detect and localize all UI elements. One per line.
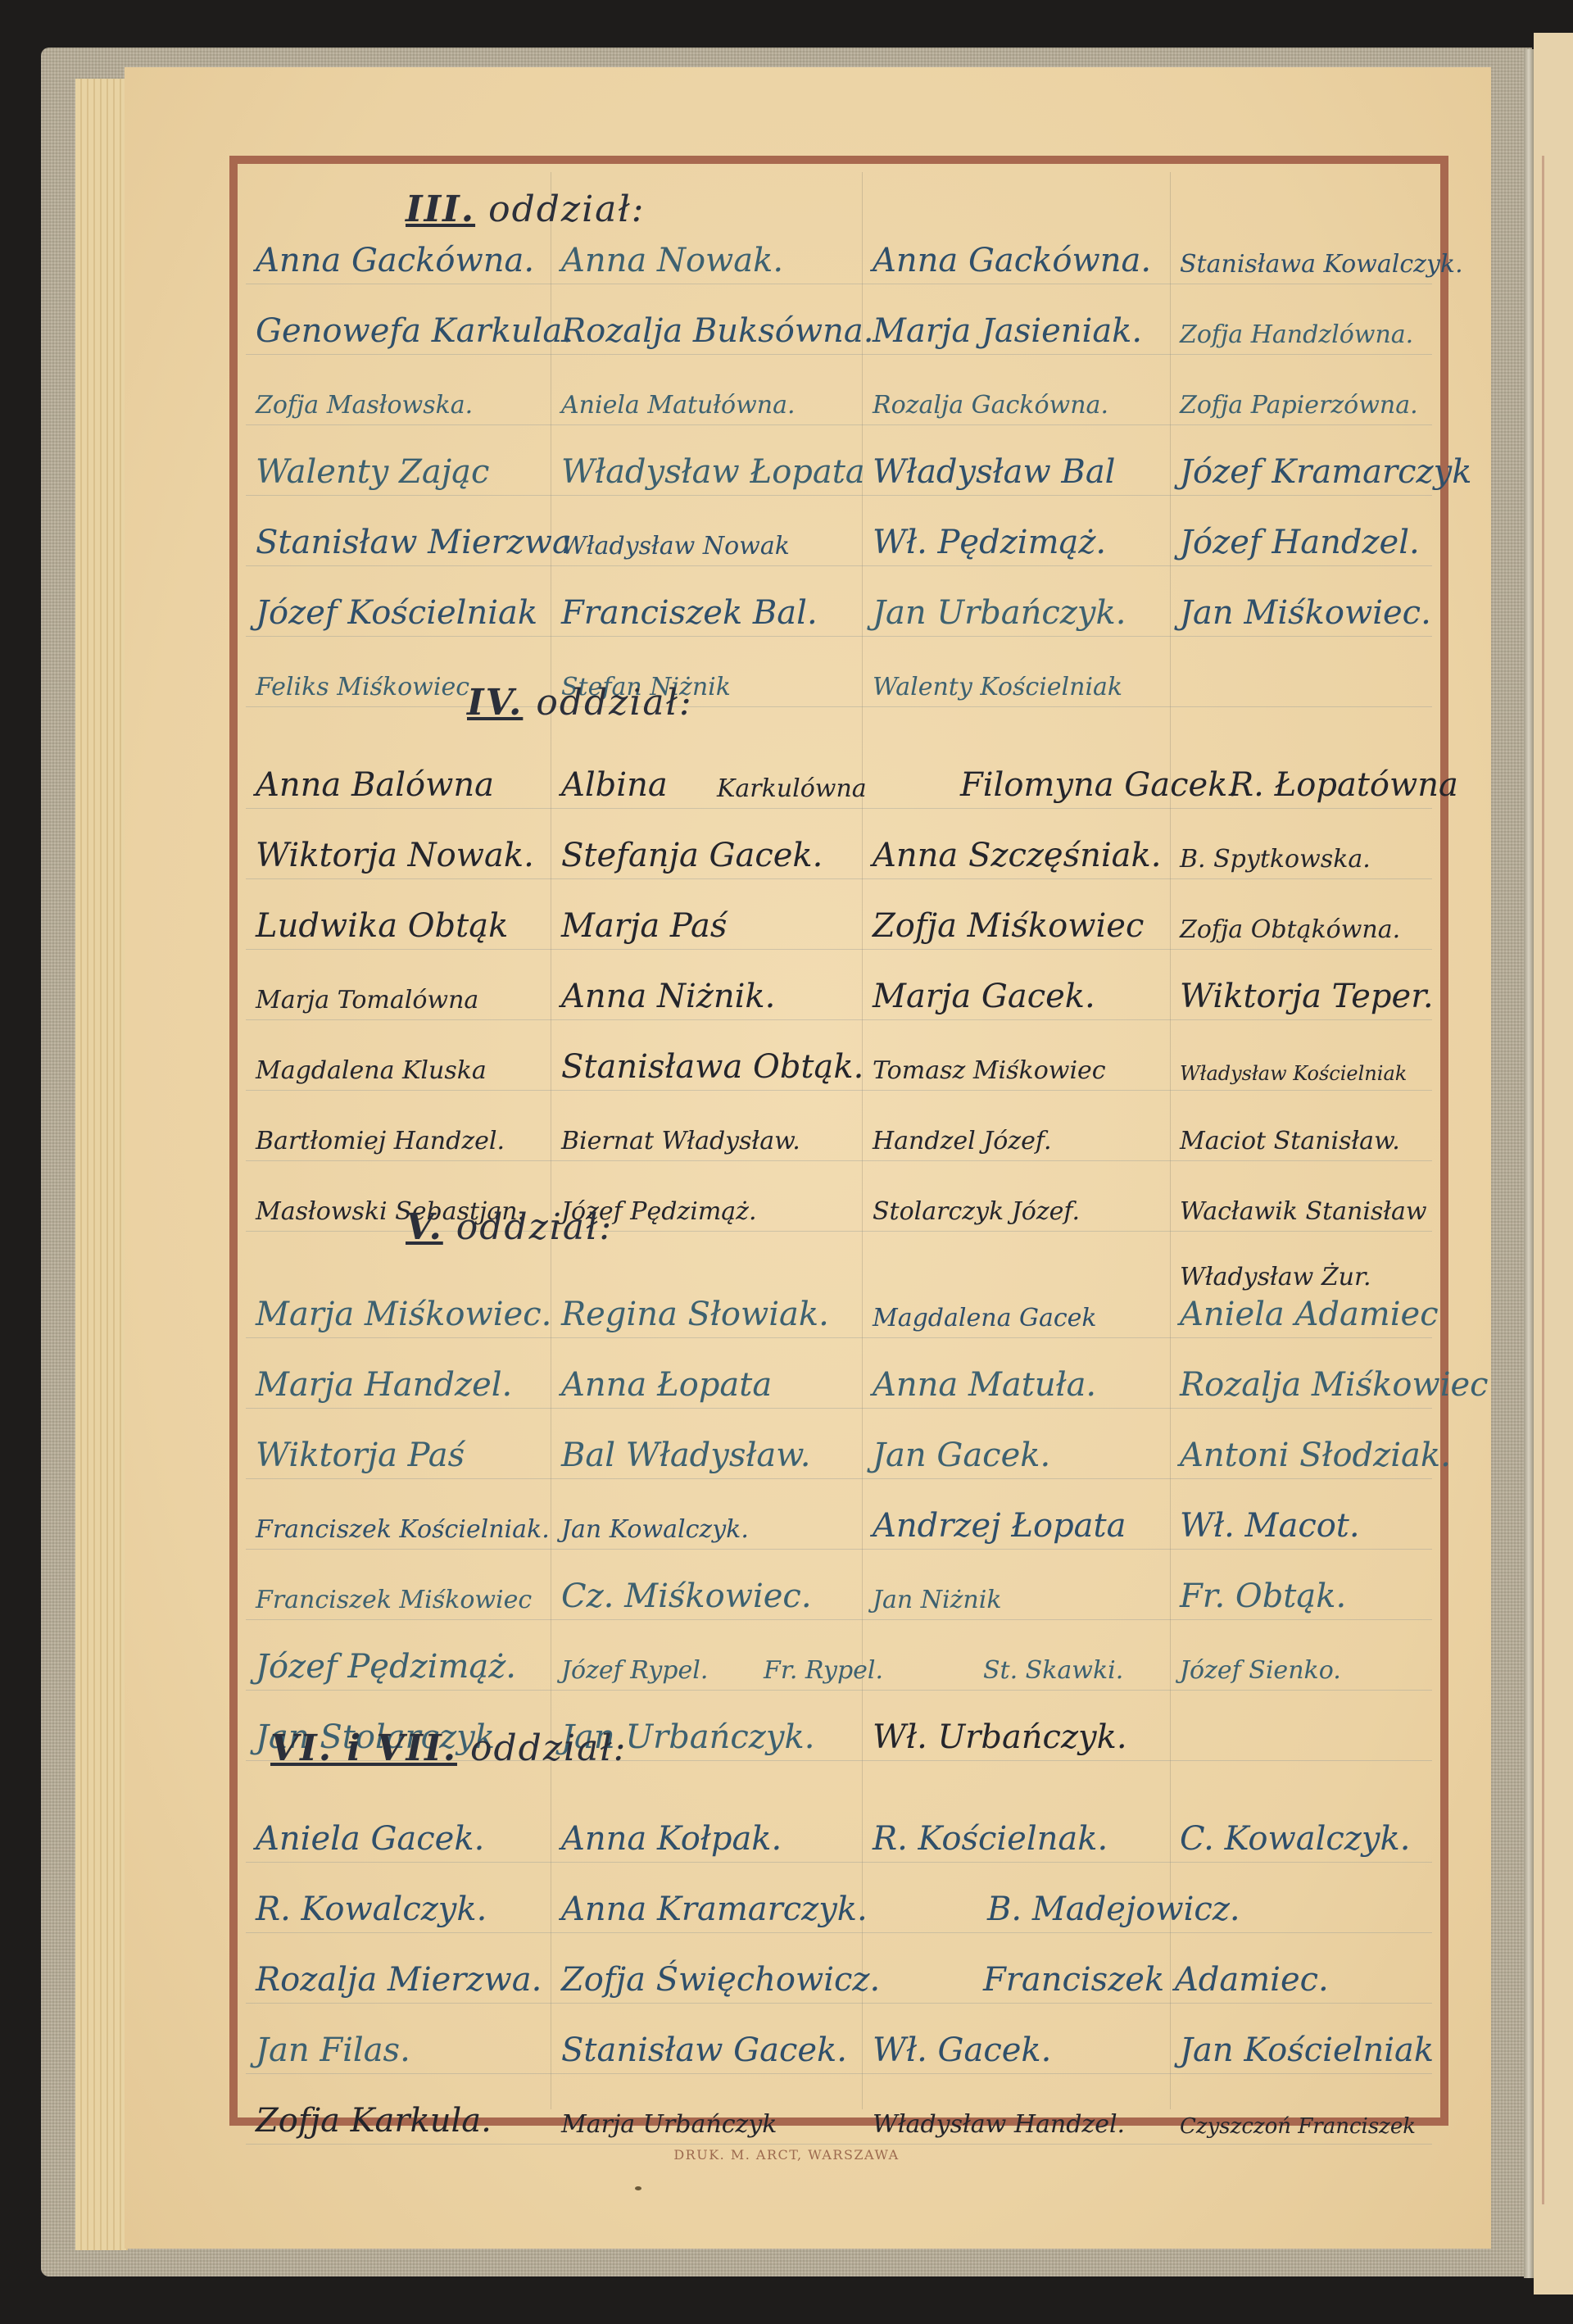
table-row: Walenty Zając Władysław Łopata Władysław… bbox=[246, 424, 1432, 496]
student-name: C. Kowalczyk. bbox=[1180, 1822, 1410, 1855]
student-name: Stefanja Gacek. bbox=[561, 839, 823, 872]
student-name: Albina bbox=[561, 769, 668, 801]
student-name: Genowefa Karkula. bbox=[256, 315, 573, 347]
student-name: Wł. Macot. bbox=[1180, 1509, 1360, 1542]
student-name: Tomasz Miśkowiec bbox=[873, 1059, 1106, 1083]
student-name: Anna Niżnik. bbox=[561, 980, 775, 1013]
student-name: Marja Handzel. bbox=[256, 1369, 512, 1401]
student-name: Wł. Gacek. bbox=[873, 2034, 1051, 2067]
student-name: Walenty Kościelniak bbox=[873, 675, 1122, 700]
student-name: Wiktorja Teper. bbox=[1180, 980, 1434, 1013]
student-name: B. Madejowicz. bbox=[987, 1893, 1240, 1926]
table-row: Anna Gackówna. Anna Nowak. Anna Gackówna… bbox=[246, 213, 1432, 284]
table-row: Wiktorja Nowak. Stefanja Gacek. Anna Szc… bbox=[246, 808, 1432, 879]
student-name: Wacławik Stanisław bbox=[1180, 1200, 1427, 1224]
student-name: Władysław Bal bbox=[873, 456, 1115, 488]
printer-imprint: DRUK. M. ARCT, WARSZAWA bbox=[0, 2147, 1573, 2163]
table-row: Marja Handzel. Anna Łopata Anna Matuła. … bbox=[246, 1337, 1432, 1409]
student-name: Stanisław Gacek. bbox=[561, 2034, 847, 2067]
section-numeral: VI. i VII. bbox=[270, 1727, 457, 1769]
student-name: Marja Tomalówna bbox=[256, 988, 478, 1013]
section-word: oddział: bbox=[470, 1727, 627, 1769]
student-name: B. Spytkowska. bbox=[1180, 847, 1371, 872]
student-name: Anna Balówna bbox=[256, 769, 494, 801]
student-name: Antoni Słodziak. bbox=[1180, 1439, 1451, 1472]
table-row: Rozalja Mierzwa. Zofja Święchowicz. Fran… bbox=[246, 1932, 1432, 2004]
student-name: R. Kowalczyk. bbox=[256, 1893, 487, 1926]
student-name: Marja Jasieniak. bbox=[873, 315, 1142, 347]
student-name: Karkulówna bbox=[717, 777, 867, 801]
student-name: Wł. Pędzimąż. bbox=[873, 526, 1106, 559]
student-name: Bal Władysław. bbox=[561, 1439, 810, 1472]
student-name: Józef Kościelniak bbox=[256, 597, 537, 629]
student-name: Anna Kołpak. bbox=[561, 1822, 782, 1855]
student-name: Zofja Handzlówna. bbox=[1180, 323, 1413, 347]
student-name: Jan Kościelniak bbox=[1180, 2034, 1434, 2067]
table-row: R. Kowalczyk. Anna Kramarczyk. B. Madejo… bbox=[246, 1862, 1432, 1933]
student-name: St. Skawki. bbox=[983, 1659, 1123, 1683]
student-name: R. Kościelnak. bbox=[873, 1822, 1108, 1855]
student-name: Jan Filas. bbox=[256, 2034, 410, 2067]
student-name: Zofja Papierzówna. bbox=[1180, 393, 1418, 418]
student-name: Wiktorja Nowak. bbox=[256, 839, 534, 872]
section-numeral: IV. bbox=[467, 682, 523, 724]
student-name: Anna Gackówna. bbox=[873, 244, 1151, 277]
student-name: Biernat Władysław. bbox=[561, 1129, 800, 1154]
student-name: Maciot Stanisław. bbox=[1180, 1129, 1400, 1154]
adjacent-page bbox=[1534, 33, 1573, 2294]
student-name: Zofja Obtąkówna. bbox=[1180, 918, 1400, 942]
table-row: Zofja Karkula. Marja Urbańczyk Władysław… bbox=[246, 2073, 1432, 2145]
student-name: Zofja Karkula. bbox=[256, 2104, 492, 2137]
table-row: Józef Pędzimąż. Józef Rypel. Fr. Rypel. … bbox=[246, 1619, 1432, 1691]
table-row: Ludwika Obtąk Marja Paś Zofja Miśkowiec … bbox=[246, 878, 1432, 950]
student-name: Regina Słowiak. bbox=[561, 1298, 829, 1331]
section-title-iv: IV. oddział: bbox=[467, 682, 693, 724]
student-name: Marja Paś bbox=[561, 910, 727, 942]
table-row: Anna Balówna Albina Karkulówna Filomyna … bbox=[246, 738, 1432, 809]
student-name: Jan Urbańczyk. bbox=[873, 597, 1126, 629]
page-edges bbox=[75, 79, 128, 2250]
student-name: Rozalja Buksówna. bbox=[561, 315, 873, 347]
student-name: Aniela Matułówna. bbox=[561, 393, 796, 418]
student-name: Jan Niżnik bbox=[873, 1588, 1002, 1613]
table-row: Marja Miśkowiec. Regina Słowiak. Magdale… bbox=[246, 1267, 1432, 1338]
roster-frame: III. oddział: Anna Gackówna. Anna Nowak.… bbox=[229, 156, 1448, 2126]
table-row: Józef Kościelniak Franciszek Bal. Jan Ur… bbox=[246, 565, 1432, 637]
table-row: Feliks Miśkowiec Stefan Niżnik Walenty K… bbox=[246, 636, 1432, 707]
student-name: Stolarczyk Józef. bbox=[873, 1200, 1080, 1224]
student-name: Marja Gacek. bbox=[873, 980, 1095, 1013]
ink-spot bbox=[635, 2186, 641, 2190]
student-name: Franciszek Miśkowiec bbox=[256, 1588, 532, 1613]
student-name: Franciszek Adamiec. bbox=[983, 1963, 1329, 1996]
student-name: Rozalja Miśkowiec bbox=[1180, 1369, 1489, 1401]
student-name: Magdalena Gacek bbox=[873, 1306, 1097, 1331]
student-name: Magdalena Kluska bbox=[256, 1059, 487, 1083]
student-name: Stanisława Kowalczyk. bbox=[1180, 252, 1463, 277]
adjacent-page-frame bbox=[1542, 156, 1573, 2204]
table-row: Stanisław Mierzwa Władysław Nowak Wł. Pę… bbox=[246, 495, 1432, 566]
section-word: oddział: bbox=[536, 682, 692, 724]
table-row: Genowefa Karkula. Rozalja Buksówna. Marj… bbox=[246, 284, 1432, 355]
student-name: Rozalja Mierzwa. bbox=[256, 1963, 542, 1996]
student-name: Rozalja Gackówna. bbox=[873, 393, 1108, 418]
section-title-v: V. oddział: bbox=[406, 1206, 613, 1248]
student-name: Stanisława Obtąk. bbox=[561, 1051, 864, 1083]
student-name: Zofja Święchowicz. bbox=[561, 1963, 880, 1996]
section-numeral: V. bbox=[406, 1206, 443, 1248]
student-name: Franciszek Bal. bbox=[561, 597, 818, 629]
student-name: Jan Kowalczyk. bbox=[561, 1518, 749, 1542]
section-word: oddział: bbox=[456, 1206, 613, 1248]
student-name: Władysław Handzel. bbox=[873, 2113, 1125, 2137]
student-name: Czyszczoń Franciszek bbox=[1180, 2116, 1416, 2137]
student-name: Anna Szczęśniak. bbox=[873, 839, 1161, 872]
student-name: Zofja Miśkowiec bbox=[873, 910, 1144, 942]
student-name: Anna Kramarczyk. bbox=[561, 1893, 868, 1926]
student-name: Anna Gackówna. bbox=[256, 244, 534, 277]
student-name: Józef Sienko. bbox=[1180, 1659, 1341, 1683]
section-title-vi-vii: VI. i VII. oddział: bbox=[270, 1727, 627, 1769]
roster-body: III. oddział: Anna Gackówna. Anna Nowak.… bbox=[246, 172, 1432, 2109]
table-row: Zofja Masłowska. Aniela Matułówna. Rozal… bbox=[246, 354, 1432, 425]
table-row: Wiktorja Paś Bal Władysław. Jan Gacek. A… bbox=[246, 1408, 1432, 1479]
student-name: Józef Pędzimąż. bbox=[256, 1650, 516, 1683]
table-row: Bartłomiej Handzel. Biernat Władysław. H… bbox=[246, 1090, 1432, 1161]
student-name: Aniela Adamiec bbox=[1180, 1298, 1439, 1331]
student-name: Józef Rypel. bbox=[561, 1659, 708, 1683]
student-name: Fr. Rypel. bbox=[764, 1659, 883, 1683]
student-name: Feliks Miśkowiec bbox=[256, 675, 469, 700]
student-name: Bartłomiej Handzel. bbox=[256, 1129, 505, 1154]
student-name: Józef Kramarczyk bbox=[1180, 456, 1471, 488]
student-name: Cz. Miśkowiec. bbox=[561, 1580, 812, 1613]
table-row: Marja Tomalówna Anna Niżnik. Marja Gacek… bbox=[246, 949, 1432, 1020]
student-name: Marja Miśkowiec. bbox=[256, 1298, 551, 1331]
student-name: Władysław Kościelniak bbox=[1180, 1064, 1407, 1083]
student-name: Stanisław Mierzwa bbox=[256, 526, 572, 559]
table-row: Magdalena Kluska Stanisława Obtąk. Tomas… bbox=[246, 1019, 1432, 1091]
student-name: Handzel Józef. bbox=[873, 1129, 1051, 1154]
student-name: Wł. Urbańczyk. bbox=[873, 1721, 1127, 1754]
student-name: Franciszek Kościelniak. bbox=[256, 1518, 550, 1542]
table-row: Jan Filas. Stanisław Gacek. Wł. Gacek. J… bbox=[246, 2003, 1432, 2074]
student-name: Zofja Masłowska. bbox=[256, 393, 473, 418]
table-row: Franciszek Miśkowiec Cz. Miśkowiec. Jan … bbox=[246, 1549, 1432, 1620]
student-name: Fr. Obtąk. bbox=[1180, 1580, 1346, 1613]
student-name: Ludwika Obtąk bbox=[256, 910, 508, 942]
book-gutter bbox=[1524, 49, 1534, 2278]
student-name: Aniela Gacek. bbox=[256, 1822, 484, 1855]
student-name: Wiktorja Paś bbox=[256, 1439, 465, 1472]
student-name: Andrzej Łopata bbox=[873, 1509, 1126, 1542]
student-name: Józef Handzel. bbox=[1180, 526, 1420, 559]
student-name: Marja Urbańczyk bbox=[561, 2113, 777, 2137]
table-row: Franciszek Kościelniak. Jan Kowalczyk. A… bbox=[246, 1478, 1432, 1550]
student-name: Władysław Łopata bbox=[561, 456, 865, 488]
student-name: R. Łopatówna bbox=[1229, 769, 1458, 801]
table-row: Aniela Gacek. Anna Kołpak. R. Kościelnak… bbox=[246, 1791, 1432, 1863]
student-name: Anna Matuła. bbox=[873, 1369, 1096, 1401]
student-name: Władysław Nowak bbox=[561, 534, 790, 559]
student-name: Anna Łopata bbox=[561, 1369, 772, 1401]
student-name: Filomyna Gacek. bbox=[960, 769, 1238, 801]
student-name: Walenty Zając bbox=[256, 456, 489, 488]
student-name: Jan Gacek. bbox=[873, 1439, 1050, 1472]
student-name: Anna Nowak. bbox=[561, 244, 783, 277]
student-name: Jan Miśkowiec. bbox=[1180, 597, 1431, 629]
